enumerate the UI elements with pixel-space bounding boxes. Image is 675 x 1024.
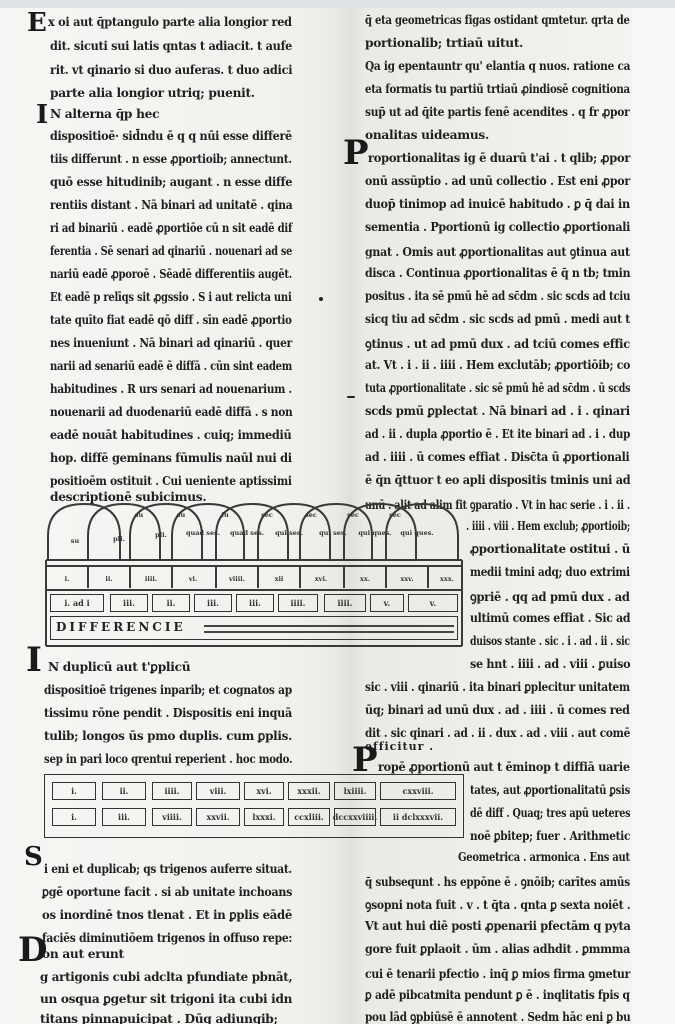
- text-line: positus . ita sē pmū hē ad sc̄dm . sic s…: [365, 289, 630, 303]
- text-line: ꝑ adē pibcatmita pendunt ꝑ ē . inqlitati…: [365, 988, 630, 1002]
- text-line: nes inueniunt . Nā binari ad qinariū . q…: [50, 336, 292, 350]
- triple-cell: iii.: [102, 808, 146, 826]
- right-margin: [632, 8, 675, 1024]
- text-line: medii tmini adq; duo extrimi: [470, 565, 630, 579]
- text-line: duop̄ tinimop ad inuicē habitudo . ꝑ q̄ …: [365, 197, 630, 211]
- arch-label: qui ques.: [358, 530, 392, 537]
- text-line: N alterna q̄p hec: [50, 107, 159, 121]
- text-line: i eni et duplicab; qs trigenos auferre s…: [44, 862, 292, 876]
- arch-top-label: sec: [336, 512, 370, 519]
- ink-dot: [319, 297, 323, 301]
- number-cell: vi.: [176, 576, 210, 583]
- text-line: Qa ig epentauntr qu' elantia q nuos. rat…: [365, 59, 630, 73]
- double-cell: i.: [52, 782, 96, 800]
- number-cell: xvi.: [304, 576, 338, 583]
- text-line: at. Vt . i . ii . iiii . Hem exclutāb; ꝓ…: [365, 358, 630, 372]
- text-line: . iiii . viii . Hem exclub; ꝓportioib;: [466, 519, 630, 533]
- text-line: N duplicū aut t'ꝑplicū: [48, 660, 190, 674]
- arch-top-label: sec: [250, 512, 284, 519]
- text-line: sementia . Pportionū ig collectio ꝓporti…: [365, 220, 630, 234]
- number-cell: xxv.: [390, 576, 424, 583]
- double-cell: ii.: [102, 782, 146, 800]
- drop-cap-p: P: [343, 133, 369, 173]
- double-cell: xvi.: [244, 782, 284, 800]
- double-cell: lxiiii.: [334, 782, 376, 800]
- text-line: narii ad senariū eadē ē diffā . cūn sint…: [50, 359, 292, 373]
- top-strip: [0, 0, 675, 8]
- text-line: scds pmū ꝑplectat . Nā binari ad . i . q…: [365, 404, 630, 418]
- text-line: on aut erunt: [42, 947, 124, 961]
- text-line: ropē ꝓportionū aut t ēminop t diffiā uar…: [378, 760, 630, 774]
- text-line: ad . iiii . ū comes effiat . Disc̄ta ū ꝓ…: [365, 450, 629, 464]
- double-cell: cxxviii.: [380, 782, 456, 800]
- arch-top-label: su: [164, 512, 198, 519]
- text-line: rentiis distant . Nā binari ad unitatē .…: [50, 198, 292, 212]
- text-line: parte alia longior utriq; puenit.: [50, 86, 255, 100]
- text-line: Vt aut hui diē posti ꝓpenarii pfectām q …: [365, 919, 631, 933]
- difference-cell: iii.: [110, 594, 148, 612]
- drop-cap-i: I: [26, 640, 42, 680]
- arch-label: quad ses.: [230, 530, 264, 537]
- arch-label: qui ses.: [272, 530, 306, 537]
- margin-mark: [347, 396, 355, 398]
- text-line: dē diff . Quaq; tres apū ueteres: [470, 806, 630, 820]
- text-line: positioēm ostituit . Cui ueniente aptiss…: [50, 474, 292, 488]
- text-line: onū assūptio . ad unū collectio . Est en…: [365, 174, 630, 188]
- drop-cap-e: E: [27, 8, 47, 38]
- number-cell: xxx.: [430, 576, 464, 583]
- text-line: pou lād ꝯpbiūsē ē annotent . Sedm hāc en…: [365, 1008, 630, 1024]
- text-line: ꝯpriē . qq ad pmū dux . ad: [470, 588, 630, 605]
- text-line: ri ad binariū . eadē ꝓportiōe cū n sit e…: [50, 221, 292, 235]
- drop-cap-s: S: [24, 842, 43, 872]
- text-line: Geometrica . armonica . Ens aut: [458, 850, 630, 864]
- text-line: un osqua ꝑgetur sit trigoni ita cubi idn: [40, 992, 292, 1006]
- difference-cell: iii.: [236, 594, 274, 612]
- number-cell: ii.: [92, 576, 126, 583]
- text-line: ē q̄n q̄ttuor t eo apli dispositis tmini…: [365, 473, 630, 487]
- text-line: ꝯsopni nota fuit . v . t q̄ta . qnta ꝑ s…: [365, 896, 630, 913]
- text-line: x oi aut q̄ptangulo parte alia longior r…: [48, 15, 292, 29]
- text-line: gore fuit ꝑplaoit . ūm . alias adhdit . …: [365, 942, 630, 956]
- number-cell: xii: [262, 576, 296, 583]
- arch-top-label: sec: [294, 512, 328, 519]
- triple-cell: dccxxviiii.: [334, 808, 376, 826]
- arch-top-label: fu: [208, 512, 242, 519]
- text-line: cui ē tenarii pfectio . inq̄ ꝑ mios firm…: [365, 965, 630, 982]
- text-line: sep in pari loco qrentui reperient . hoc…: [44, 752, 292, 766]
- difference-cell: iiii.: [278, 594, 318, 612]
- text-line: tuta ꝓportionalitate . sic sē pmū hē ad …: [365, 381, 630, 395]
- triple-cell: lxxxi.: [244, 808, 284, 826]
- text-line: eadē nouāt habitudines . cuiq; immediū: [50, 428, 291, 442]
- text-line: onalitas uideamus.: [365, 128, 489, 142]
- triple-cell: i.: [52, 808, 96, 826]
- text-line: roportionalitas ig ē duarū t'ai . t qlib…: [368, 151, 630, 165]
- text-line: sicq tiu ad sc̄dm . sic scds ad pmū . me…: [365, 312, 630, 326]
- arch-label: pli.: [144, 532, 178, 539]
- text-line: nouenarii ad duodenariū eadē diffā . s n…: [50, 405, 293, 419]
- text-line: q̄ subsequnt . hs eppōne ē . ꝯnōib; carī…: [365, 873, 630, 890]
- text-line: tates, aut ꝓportionalitatū ꝑsis: [470, 783, 630, 797]
- text-line: ferentia . Sē senari ad qinariū . nouena…: [50, 244, 292, 258]
- text-line: faciēs diminutiōem trigenos in offuso re…: [42, 931, 292, 945]
- text-line: hop. diffē geminans fūmulis naūl nui di: [50, 451, 292, 465]
- label-rule: [204, 631, 454, 633]
- text-line: q̄ eta geometricas figas ostidant qmtetu…: [365, 13, 630, 27]
- text-line: nariū eadē ꝓporoē . Sēadē differentiis a…: [50, 267, 292, 281]
- number-cell: i.: [50, 576, 84, 583]
- text-line: gnat . Omis aut ꝓportionalitas aut ꝯtinu…: [365, 243, 630, 260]
- difference-cell: iii.: [194, 594, 232, 612]
- difference-cell: v.: [370, 594, 404, 612]
- label-rule: [204, 625, 454, 627]
- text-line: tulib; longos ūs pmo duplis. cum ꝑplis.: [44, 729, 292, 743]
- text-line: dispositioē trigenes inparib; et cognato…: [44, 683, 292, 697]
- text-line: Et eadē p relīqs sit ꝓgssio . S i aut re…: [50, 290, 292, 304]
- text-line: os inordinē tnos tlenat . Et in ꝑplis eā…: [42, 908, 292, 922]
- arch-label: qui ques.: [400, 530, 434, 537]
- triple-cell: ccxliii.: [288, 808, 330, 826]
- differences-label: DIFFERENCIE: [56, 620, 186, 634]
- text-line: ꝓportionalitate ostitui . ū: [470, 542, 630, 556]
- text-line: tiis differunt . n esse ꝓportioib; annec…: [50, 152, 292, 166]
- text-line: dit. sicuti sui latis qntas t adiacit. t…: [50, 39, 292, 53]
- text-line: ad . ii . dupla ꝓportio ē . Et ite binar…: [365, 427, 630, 441]
- text-line: ꝯtinus . ut ad pmū dux . ad tciū comes e…: [365, 335, 630, 352]
- difference-cell: i. ad i: [50, 594, 104, 612]
- difference-cell: ii.: [152, 594, 190, 612]
- arch-label: qui ses.: [316, 530, 350, 537]
- text-line: disca . Continua ꝓportionalitas ē q̄ n t…: [365, 266, 630, 280]
- arch-top-label: sec: [378, 512, 412, 519]
- differences-arch-diagram: su pli. pli. quad ses. quad ses. qui ses…: [44, 500, 464, 648]
- text-line: quō esse hitudinib; augant . n esse diff…: [50, 175, 292, 189]
- difference-cell: iiii.: [324, 594, 366, 612]
- difference-cell: v.: [408, 594, 458, 612]
- text-line: tissimu rōne pendit . Dispositis eni inq…: [44, 706, 292, 720]
- number-cell: viiii.: [220, 576, 254, 583]
- double-cell: iiii.: [152, 782, 192, 800]
- text-line: portionalib; trtiaū uitut.: [365, 36, 523, 50]
- text-line: habitudines . R urs senari ad nouenarium…: [50, 382, 292, 396]
- text-line: g artigonis cubi adclta pfundiate pbnāt,: [40, 970, 292, 984]
- text-line: sic . viii . qinariū . ita binari ꝑpleci…: [365, 680, 630, 694]
- text-line: tate quīto fiat eadē qō diff . sīn eadē …: [50, 313, 292, 327]
- triple-cell: ii dclxxxvii.: [380, 808, 456, 826]
- arch-top-label: su: [122, 512, 156, 519]
- text-line: eta formatis tu partiū trtiaū ꝓindiosē c…: [365, 82, 630, 96]
- text-line: sup̄ ut ad q̄ite partis fenē acendites .…: [365, 105, 629, 119]
- number-cell: iiii.: [134, 576, 168, 583]
- double-cell: xxxii.: [288, 782, 330, 800]
- arch-label: pli.: [102, 536, 136, 543]
- text-line: noē ꝑbitep; fuer . Arithmetic: [470, 829, 630, 843]
- text-line: dit . sic qinari . ad . ii . dux . ad . …: [365, 726, 630, 740]
- drop-cap-i: I: [36, 100, 48, 130]
- progression-table: i. ii. iiii. viii. xvi. xxxii. lxiiii. c…: [44, 774, 464, 838]
- text-line: titans pinnapuicipat . Dūq adiungib;: [40, 1012, 278, 1024]
- triple-cell: viiii.: [152, 808, 192, 826]
- triple-cell: xxvii.: [196, 808, 240, 826]
- arch-label: su: [58, 538, 92, 545]
- text-line: se hnt . iiii . ad . viii . ꝑuiso: [470, 657, 630, 671]
- text-line: ultimū comes effiat . Sic ad: [470, 611, 630, 625]
- text-line: rit. vt qinario si duo auferas. t duo ad…: [50, 63, 292, 77]
- arch-label: quad ses.: [186, 530, 220, 537]
- text-line: ūq; binari ad unū dux . ad . iiii . ū co…: [365, 703, 630, 717]
- double-cell: viii.: [196, 782, 240, 800]
- number-cell: xx.: [348, 576, 382, 583]
- text-line: ꝑgē oportune facit . si ab unitate incho…: [42, 885, 292, 899]
- text-line: dispositioē· sid̄ndu ē q q nūi esse diff…: [50, 129, 292, 143]
- text-line: duisos stante . sic . i . ad . ii . sic: [470, 634, 630, 648]
